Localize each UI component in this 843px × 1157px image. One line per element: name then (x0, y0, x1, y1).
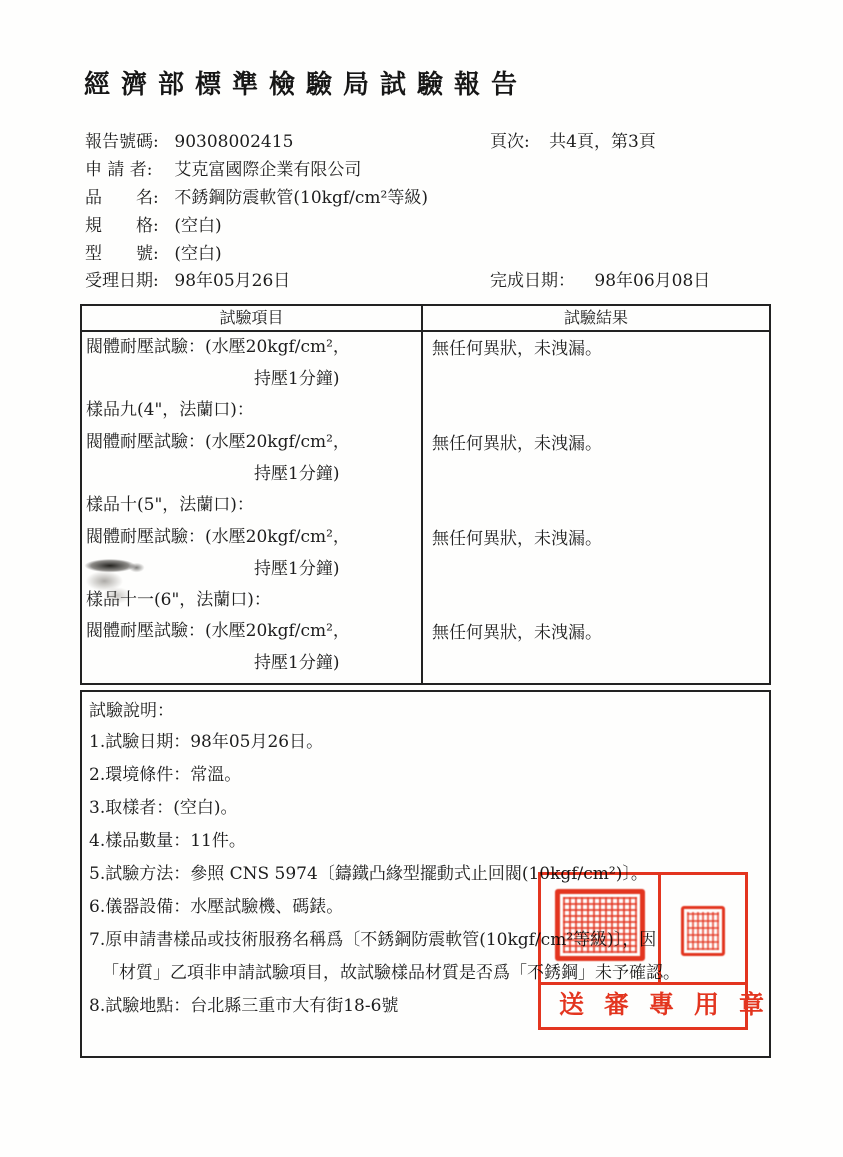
test-result-cell: 無任何異狀，未洩漏。 (423, 332, 769, 427)
hold-line: 持壓1分鐘) (82, 364, 421, 396)
test-item-cell: 閥體耐壓試驗：(水壓20kgf/cm²， 持壓1分鐘) 樣品十一(6"，法蘭口)… (82, 522, 423, 616)
test-result-cell: 無任何異狀，未洩漏。 (423, 427, 769, 522)
spec-row: 規 格: (空白) (85, 212, 785, 240)
page-info: 頁次: 共4頁，第3頁 (490, 128, 656, 156)
dates-row: 受理日期: 98年05月26日 完成日期： 98年06月08日 (85, 267, 785, 295)
page-info-label: 頁次: (490, 128, 530, 156)
report-number-row: 報告號碼: 90308002415 頁次: 共4頁，第3頁 (85, 128, 785, 156)
sample-line: 樣品十(5"，法蘭口)： (82, 490, 421, 522)
test-line: 閥體耐壓試驗：(水壓20kgf/cm²， (82, 522, 421, 554)
table-row: 閥體耐壓試驗：(水壓20kgf/cm²， 持壓1分鐘) 樣品九(4"，法蘭口)：… (82, 332, 769, 427)
page-title: 經濟部標準檢驗局試驗報告 (84, 64, 528, 101)
model-row: 型 號: (空白) (85, 240, 785, 268)
submission-stamp: 送審專用章 (538, 872, 748, 1030)
report-number-value: 90308002415 (174, 128, 293, 156)
applicant-value: 艾克富國際企業有限公司 (174, 156, 361, 184)
test-result-header: 試驗結果 (423, 306, 769, 330)
test-result-cell: 無任何異狀，未洩漏。 (423, 522, 769, 616)
test-item-cell: 閥體耐壓試驗：(水壓20kgf/cm²， 持壓1分鐘) 樣品十(5"，法蘭口)： (82, 427, 423, 522)
hold-line: 持壓1分鐘) (82, 554, 421, 586)
stamp-seal-area (541, 875, 745, 985)
company-seal-icon (555, 889, 645, 961)
result-text: 無任何異狀，未洩漏。 (432, 429, 769, 459)
note-item: 2.環境條件：常溫。 (89, 759, 763, 792)
product-name-label: 品 名: (85, 184, 169, 212)
stamp-right-cell (661, 875, 745, 982)
complete-date-value: 98年06月08日 (594, 267, 710, 295)
notes-heading: 試驗說明： (89, 696, 763, 726)
table-header-row: 試驗項目 試驗結果 (82, 306, 769, 332)
spec-label: 規 格: (85, 212, 169, 240)
spec-value: (空白) (174, 212, 221, 240)
table-row: 閥體耐壓試驗：(水壓20kgf/cm²， 持壓1分鐘) 樣品十(5"，法蘭口)：… (82, 427, 769, 522)
test-line: 閥體耐壓試驗：(水壓20kgf/cm²， (82, 427, 421, 459)
sample-line: 樣品十一(6"，法蘭口)： (82, 585, 421, 617)
note-item: 3.取樣者：(空白)。 (89, 792, 763, 825)
result-text: 無任何異狀，未洩漏。 (432, 334, 769, 364)
test-item-header: 試驗項目 (82, 306, 423, 330)
table-row: 閥體耐壓試驗：(水壓20kgf/cm²， 持壓1分鐘) 樣品十一(6"，法蘭口)… (82, 522, 769, 616)
sample-line: 樣品九(4"，法蘭口)： (82, 395, 421, 427)
hold-line: 持壓1分鐘) (82, 459, 421, 491)
model-value: (空白) (174, 240, 221, 268)
scanned-test-report-page: 經濟部標準檢驗局試驗報告 報告號碼: 90308002415 頁次: 共4頁，第… (0, 0, 843, 1157)
applicant-row: 申 請 者: 艾克富國際企業有限公司 (85, 156, 785, 184)
result-text: 無任何異狀，未洩漏。 (432, 524, 769, 554)
test-item-cell: 閥體耐壓試驗：(水壓20kgf/cm²， 持壓1分鐘) (82, 616, 423, 685)
table-row: 閥體耐壓試驗：(水壓20kgf/cm²， 持壓1分鐘) 無任何異狀，未洩漏。 (82, 616, 769, 685)
stamp-left-cell (541, 875, 661, 982)
note-item: 1.試驗日期：98年05月26日。 (89, 726, 763, 759)
product-name-row: 品 名: 不銹鋼防震軟管(10kgf/cm²等級) (85, 184, 785, 212)
result-text: 無任何異狀，未洩漏。 (432, 618, 769, 648)
product-name-value: 不銹鋼防震軟管(10kgf/cm²等級) (174, 184, 428, 212)
test-item-cell: 閥體耐壓試驗：(水壓20kgf/cm²， 持壓1分鐘) 樣品九(4"，法蘭口)： (82, 332, 423, 427)
test-line: 閥體耐壓試驗：(水壓20kgf/cm²， (82, 332, 421, 364)
accept-date-label: 受理日期: (85, 267, 169, 295)
hold-line: 持壓1分鐘) (82, 648, 421, 680)
test-results-table: 試驗項目 試驗結果 閥體耐壓試驗：(水壓20kgf/cm²， 持壓1分鐘) 樣品… (80, 304, 771, 685)
complete-date: 完成日期： 98年06月08日 (490, 267, 710, 295)
model-label: 型 號: (85, 240, 169, 268)
applicant-label: 申 請 者: (85, 156, 169, 184)
report-number-label: 報告號碼: (85, 128, 169, 156)
stamp-label: 送審專用章 (541, 985, 745, 1027)
test-line: 閥體耐壓試驗：(水壓20kgf/cm²， (82, 616, 421, 648)
note-item: 4.樣品數量：11件。 (89, 825, 763, 858)
name-seal-icon (681, 906, 725, 956)
complete-date-label: 完成日期： (490, 267, 575, 295)
accept-date-value: 98年05月26日 (174, 267, 290, 295)
test-result-cell: 無任何異狀，未洩漏。 (423, 616, 769, 685)
page-info-value: 共4頁，第3頁 (549, 128, 656, 156)
